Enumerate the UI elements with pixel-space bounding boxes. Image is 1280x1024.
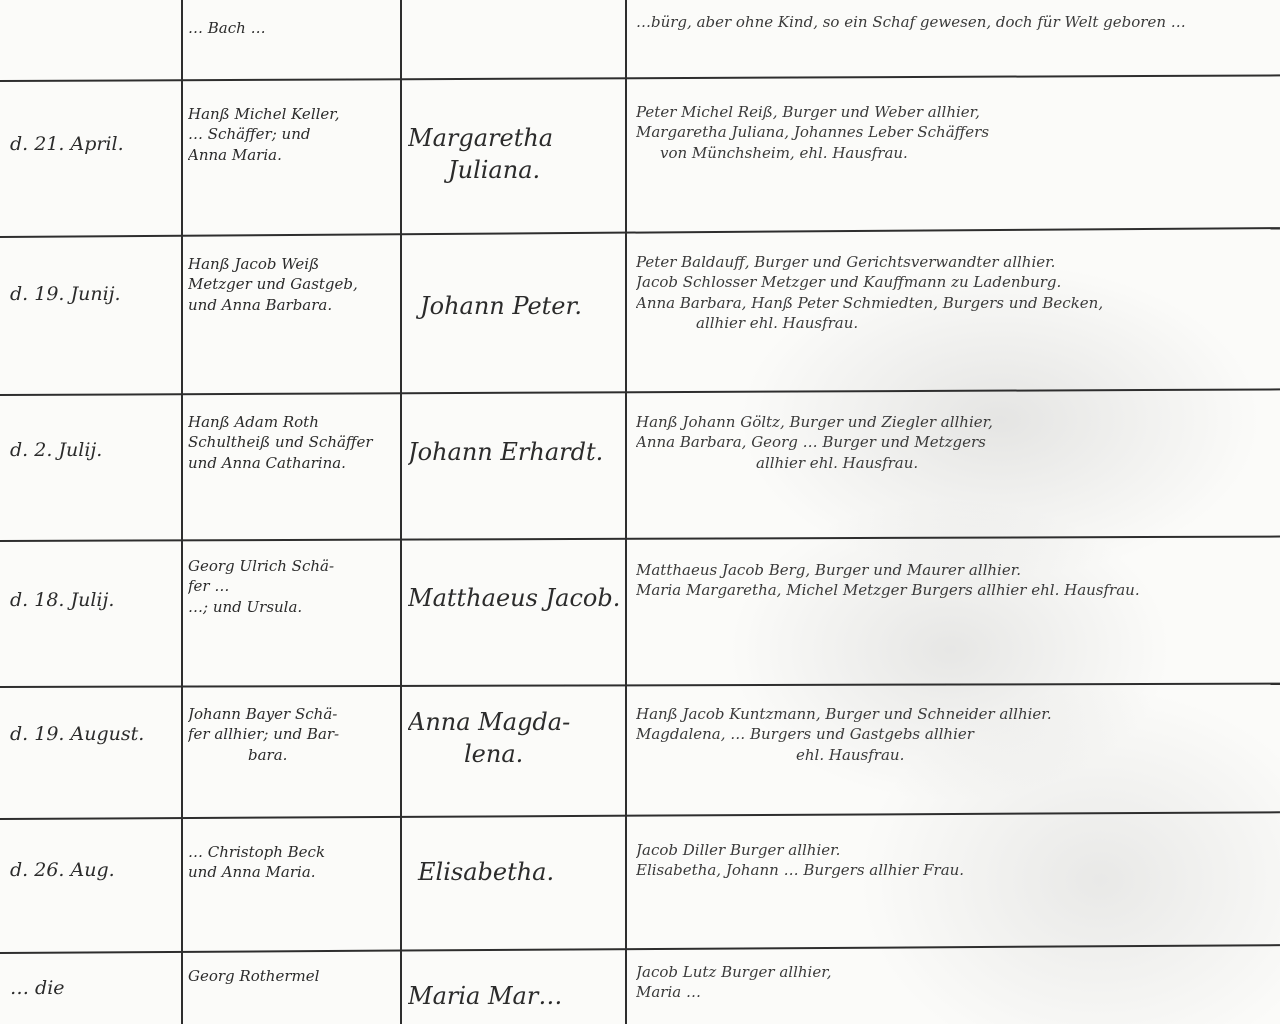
entry-parents: … Bach … xyxy=(188,18,396,38)
register-entry: … Bach … …bürg, aber ohne Kind, so ein S… xyxy=(0,0,1280,80)
register-entry: d. 2. Julij. Hanß Adam Roth Schultheiß u… xyxy=(0,396,1280,540)
entry-date: d. 19. August. xyxy=(10,722,175,748)
register-entry: d. 19. Junij. Hanß Jacob Weiß Metzger un… xyxy=(0,238,1280,394)
entry-parents: Hanß Jacob Weiß Metzger und Gastgeb, und… xyxy=(188,254,396,315)
register-entry: d. 19. August. Johann Bayer Schä- fer al… xyxy=(0,688,1280,818)
entry-date: d. 18. Julij. xyxy=(10,588,175,614)
entry-godparents: Jacob Diller Burger allhier. Elisabetha,… xyxy=(636,840,1266,881)
entry-child-name: Elisabetha. xyxy=(408,856,622,888)
entry-parents: Hanß Michel Keller, … Schäffer; und Anna… xyxy=(188,104,396,165)
entry-date: d. 19. Junij. xyxy=(10,282,175,308)
entry-parents: Johann Bayer Schä- fer allhier; und Bar-… xyxy=(188,704,396,765)
entry-parents: Hanß Adam Roth Schultheiß und Schäffer u… xyxy=(188,412,396,473)
entry-child-name: Johann Erhardt. xyxy=(408,436,622,468)
entry-parents: Georg Rothermel xyxy=(188,966,396,986)
entry-godparents: Peter Michel Reiß, Burger und Weber allh… xyxy=(636,102,1266,163)
entry-child-name: Anna Magda- lena. xyxy=(408,706,622,771)
entry-parents: … Christoph Beck und Anna Maria. xyxy=(188,842,396,883)
entry-date: … die xyxy=(10,976,175,1002)
entry-date: d. 2. Julij. xyxy=(10,438,175,464)
register-page: … Bach … …bürg, aber ohne Kind, so ein S… xyxy=(0,0,1280,1024)
register-entry: d. 26. Aug. … Christoph Beck und Anna Ma… xyxy=(0,820,1280,952)
entry-date: d. 26. Aug. xyxy=(10,858,175,884)
register-entry: … die Georg Rothermel Maria Mar… Jacob L… xyxy=(0,954,1280,1024)
entry-godparents: Hanß Johann Göltz, Burger und Ziegler al… xyxy=(636,412,1266,473)
entry-godparents: Jacob Lutz Burger allhier, Maria … xyxy=(636,962,1266,1003)
entry-date: d. 21. April. xyxy=(10,132,175,158)
entry-child-name: Maria Mar… xyxy=(408,980,622,1012)
register-entry: d. 21. April. Hanß Michel Keller, … Schä… xyxy=(0,82,1280,236)
entry-godparents: Peter Baldauff, Burger und Gerichtsverwa… xyxy=(636,252,1266,333)
register-entry: d. 18. Julij. Georg Ulrich Schä- fer … …… xyxy=(0,542,1280,686)
entry-child-name: Matthaeus Jacob. xyxy=(408,582,622,614)
entry-godparents: …bürg, aber ohne Kind, so ein Schaf gewe… xyxy=(636,12,1266,32)
entry-parents: Georg Ulrich Schä- fer … …; und Ursula. xyxy=(188,556,396,617)
entry-godparents: Hanß Jacob Kuntzmann, Burger und Schneid… xyxy=(636,704,1266,765)
entry-child-name: Johann Peter. xyxy=(408,290,622,322)
entry-child-name: Margaretha Juliana. xyxy=(408,122,622,187)
entry-godparents: Matthaeus Jacob Berg, Burger und Maurer … xyxy=(636,560,1266,601)
